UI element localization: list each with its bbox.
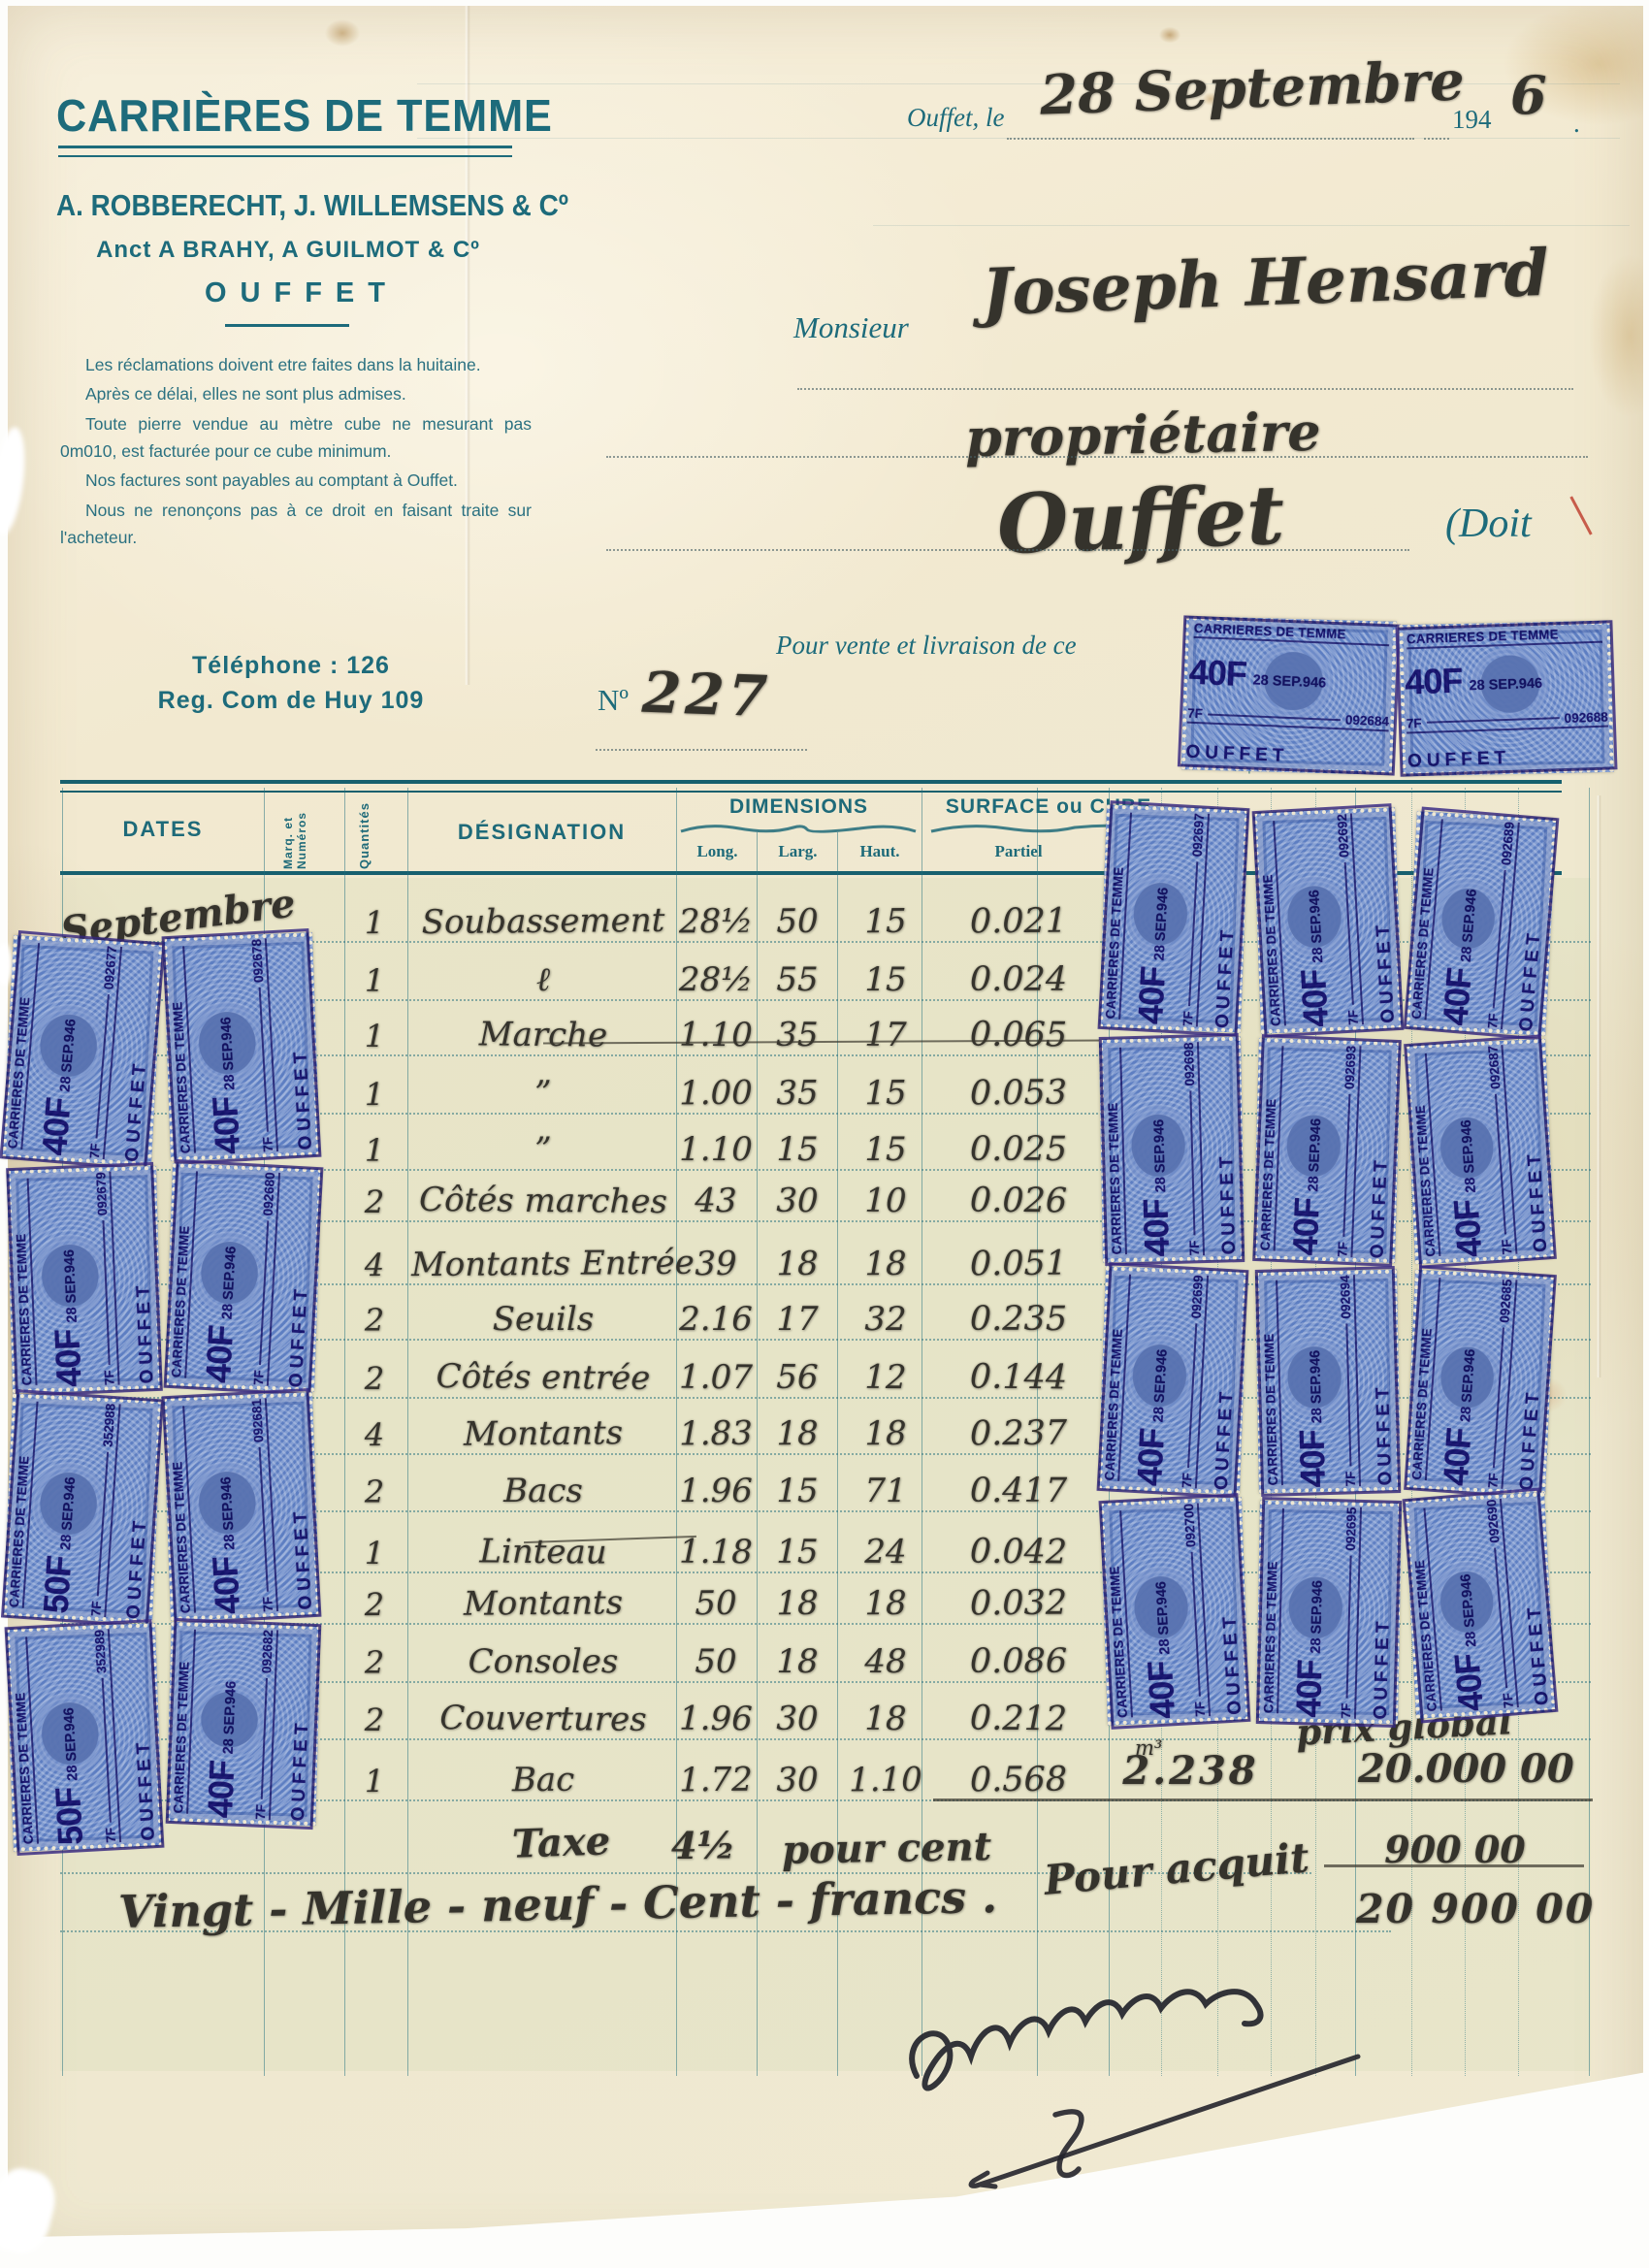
cell-partiel: 0.237 bbox=[933, 1413, 1104, 1454]
cell-partiel: 0.144 bbox=[933, 1357, 1104, 1398]
addressee-dotted-rule bbox=[606, 549, 1409, 551]
stamp-company-title: CARRIERES DE TEMME bbox=[1258, 1046, 1283, 1251]
cell-haut: 18 bbox=[838, 1700, 933, 1739]
stamp-serial-row: 7F092693 bbox=[1336, 1046, 1362, 1258]
stamp-denomination: 40F bbox=[210, 1096, 243, 1155]
cell-haut: 48 bbox=[838, 1642, 933, 1681]
stamp-tax-prefix: 7F bbox=[1180, 1473, 1195, 1489]
stamp-serial-rule bbox=[95, 994, 109, 1139]
letterhead-city: OUFFET bbox=[70, 277, 533, 309]
stamp-serial-number: 092682 bbox=[260, 1630, 276, 1674]
stamp-denomination: 40F bbox=[1141, 1199, 1172, 1257]
revenue-stamp: CARRIERES DE TEMME40F28 SEP.9467F092682O… bbox=[167, 1622, 320, 1826]
stamp-company-title: CARRIERES DE TEMME bbox=[1407, 1508, 1441, 1712]
stamp-denomination: 40F bbox=[40, 1097, 74, 1156]
stamp-city: OUFFET bbox=[285, 936, 316, 1150]
stamp-engraving: CARRIERES DE TEMME40F28 SEP.9467F092687O… bbox=[1406, 1039, 1555, 1264]
cell-designation: Montants bbox=[411, 1583, 675, 1624]
stamp-overprint: CARRIERES DE TEMME40F28 SEP.9467F092680O… bbox=[164, 1159, 324, 1396]
cell-qty: 1 bbox=[341, 1535, 407, 1572]
stamp-serial-number: 092694 bbox=[1338, 1275, 1353, 1318]
stamp-city: OUFFET bbox=[129, 1170, 157, 1384]
stamp-city: OUFFET bbox=[1372, 1507, 1397, 1719]
cell-larg: 15 bbox=[757, 1533, 838, 1572]
total-cube-value: 2.238 bbox=[1115, 1748, 1266, 1794]
stamp-serial-rule bbox=[1188, 861, 1198, 1006]
revenue-stamp: CARRIERES DE TEMME50F28 SEP.9467F352988O… bbox=[6, 1395, 159, 1622]
cell-haut: 15 bbox=[838, 1130, 933, 1169]
stamp-serial-rule bbox=[1187, 1323, 1197, 1468]
col-header-haut: Haut. bbox=[840, 842, 920, 861]
stamp-company-title: CARRIERES DE TEMME bbox=[1406, 626, 1602, 649]
conditions-block: Les réclamations doivent etre faites dan… bbox=[60, 351, 532, 553]
stamp-serial-rule bbox=[1342, 1094, 1350, 1237]
stamp-serial-row: 7F092685 bbox=[1485, 1279, 1517, 1489]
notice-line: Après ce délai, elles ne sont plus admis… bbox=[60, 380, 532, 407]
addressee-city: Ouffet bbox=[995, 467, 1285, 572]
notice-line: Toute pierre vendue au mètre cube ne mes… bbox=[60, 410, 532, 466]
stamp-serial-number: 092693 bbox=[1342, 1046, 1359, 1090]
stamp-denomination: 40F bbox=[1188, 657, 1246, 689]
doit-label: (Doit bbox=[1445, 501, 1532, 547]
dateline-place: Ouffet, le bbox=[907, 103, 1004, 133]
cell-larg: 35 bbox=[757, 1016, 838, 1055]
stamp-serial-row: 7F092694 bbox=[1338, 1275, 1361, 1486]
stamp-serial-number: 092680 bbox=[261, 1172, 277, 1216]
stamp-company-title: CARRIERES DE TEMME bbox=[1194, 621, 1390, 646]
cell-qty: 2 bbox=[341, 1183, 407, 1221]
stamp-date: 28 SEP.946 bbox=[1308, 1118, 1325, 1192]
stamp-serial-number: 092687 bbox=[1485, 1045, 1503, 1089]
stamp-engraving: CARRIERES DE TEMME40F28 SEP.9467F092680O… bbox=[165, 1163, 322, 1391]
stamp-serial-rule bbox=[259, 1447, 269, 1592]
stamp-company-title: CARRIERES DE TEMME bbox=[169, 1171, 197, 1378]
stamp-serial-rule bbox=[102, 1678, 112, 1823]
notice-line: Les réclamations doivent etre faites dan… bbox=[60, 351, 532, 378]
cell-designation: Montants bbox=[411, 1413, 675, 1454]
stamp-denomination: 40F bbox=[206, 1760, 238, 1818]
stamp-tax-prefix: 7F bbox=[1192, 1701, 1208, 1718]
stamp-serial-number: 092679 bbox=[94, 1172, 111, 1216]
stamp-date: 28 SEP.946 bbox=[221, 1017, 241, 1090]
cell-larg: 30 bbox=[757, 1761, 838, 1800]
stamp-city: OUFFET bbox=[1407, 746, 1610, 772]
stamp-tax-prefix: 7F bbox=[1406, 716, 1422, 731]
stamp-serial-rule bbox=[1493, 870, 1506, 1009]
stamp-overprint: CARRIERES DE TEMME40F28 SEP.9467F092679O… bbox=[6, 1162, 163, 1397]
stamp-overprint: CARRIERES DE TEMME40F28 SEP.9467F092690O… bbox=[1403, 1487, 1559, 1723]
stamp-overprint: CARRIERES DE TEMME40F28 SEP.9467F092681O… bbox=[162, 1388, 322, 1625]
stamp-engraving: CARRIERES DE TEMME50F28 SEP.9467F352989O… bbox=[6, 1623, 163, 1851]
cell-qty: 2 bbox=[341, 1474, 407, 1510]
revenue-stamp: CARRIERES DE TEMME40F28 SEP.9467F092699O… bbox=[1100, 1267, 1245, 1494]
stamp-denomination: 40F bbox=[1298, 969, 1331, 1028]
signature bbox=[834, 1960, 1416, 2212]
cell-larg: 55 bbox=[757, 960, 838, 999]
stamp-denomination: 50F bbox=[53, 1787, 86, 1846]
cell-long: 39 bbox=[674, 1245, 758, 1284]
stamp-serial-rule bbox=[1427, 717, 1560, 724]
cell-partiel: 0.568 bbox=[933, 1760, 1104, 1800]
stamp-date: 28 SEP.946 bbox=[60, 1019, 81, 1093]
stamp-serial-row: 7F092690 bbox=[1484, 1499, 1519, 1709]
stamp-denomination: 40F bbox=[1452, 1653, 1486, 1712]
cell-designation: Montants Entrée bbox=[411, 1244, 675, 1284]
stamp-date: 28 SEP.946 bbox=[1153, 1119, 1170, 1193]
cell-partiel: 0.025 bbox=[933, 1130, 1104, 1169]
stamp-engraving: CARRIERES DE TEMME40F28 SEP.9467F092689O… bbox=[1406, 811, 1557, 1035]
cell-haut: 10 bbox=[838, 1182, 933, 1221]
stamp-denomination: 40F bbox=[1293, 1660, 1324, 1718]
cell-long: 50 bbox=[674, 1642, 758, 1681]
stamp-company-title: CARRIERES DE TEMME bbox=[7, 1401, 38, 1608]
revenue-stamp: CARRIERES DE TEMME40F28 SEP.9467F092695O… bbox=[1256, 1500, 1402, 1725]
signature-pencil-mark bbox=[1055, 2112, 1082, 2176]
tax-label: Taxe bbox=[511, 1818, 611, 1867]
cell-qty: 1 bbox=[341, 1076, 407, 1114]
revenue-stamp: CARRIERES DE TEMME40F28 SEP.9467F092679O… bbox=[8, 1166, 161, 1393]
stamp-city: OUFFET bbox=[1516, 1496, 1553, 1706]
revenue-stamp: CARRIERES DE TEMME40F28 SEP.9467F092680O… bbox=[167, 1164, 320, 1391]
stamp-company-title: CARRIERES DE TEMME bbox=[167, 1406, 195, 1613]
stamp-engraving: CARRIERES DE TEMME40F28 SEP.9467F092688O… bbox=[1399, 621, 1613, 777]
stamp-value-row: 40F28 SEP.946 bbox=[1134, 1272, 1176, 1486]
cell-partiel: 0.212 bbox=[933, 1699, 1104, 1739]
stamp-value-row: 40F28 SEP.946 bbox=[1440, 1276, 1485, 1487]
stamp-denomination: 40F bbox=[204, 1325, 237, 1384]
stamp-serial-row: 7F352989 bbox=[92, 1629, 121, 1843]
stamp-date: 28 SEP.946 bbox=[64, 1249, 81, 1323]
stamp-value-row: 40F28 SEP.946 bbox=[202, 1400, 243, 1614]
stamp-value-row: 40F28 SEP.946 bbox=[1289, 815, 1331, 1027]
stamp-tax-prefix: 7F bbox=[261, 1596, 276, 1612]
stamp-city: OUFFET bbox=[1212, 1277, 1244, 1491]
cell-long: 28½ bbox=[674, 960, 758, 999]
cell-larg: 30 bbox=[757, 1182, 838, 1221]
cell-haut: 15 bbox=[838, 960, 933, 999]
revenue-stamp: CARRIERES DE TEMME40F28 SEP.9467F092688O… bbox=[1399, 621, 1614, 776]
stamp-company-title: CARRIERES DE TEMME bbox=[1102, 1274, 1130, 1481]
stamp-engraving: CARRIERES DE TEMME40F28 SEP.9467F092698O… bbox=[1099, 1037, 1245, 1263]
cell-designation: Bacs bbox=[411, 1472, 675, 1510]
bleedthrough-line bbox=[873, 225, 1630, 226]
cell-designation: ℓ bbox=[411, 960, 675, 999]
stamp-overprint: CARRIERES DE TEMME40F28 SEP.9467F092695O… bbox=[1256, 1497, 1402, 1728]
stamp-denomination: 40F bbox=[52, 1329, 84, 1387]
cell-designation: Côtés entrée bbox=[411, 1357, 675, 1398]
title-double-rule bbox=[58, 146, 512, 157]
stamp-overprint: CARRIERES DE TEMME40F28 SEP.9467F092694O… bbox=[1255, 1266, 1401, 1497]
stamp-company-title: CARRIERES DE TEMME bbox=[10, 1636, 38, 1844]
cell-long: 1.18 bbox=[674, 1533, 758, 1572]
number-dotted-rule bbox=[596, 749, 807, 751]
cell-long: 1.10 bbox=[674, 1130, 758, 1169]
stamp-serial-rule bbox=[1208, 713, 1341, 721]
cell-haut: 12 bbox=[838, 1358, 933, 1398]
cell-haut: 17 bbox=[838, 1016, 933, 1055]
revenue-stamp: CARRIERES DE TEMME40F28 SEP.9467F092692O… bbox=[1255, 808, 1401, 1033]
addressee-title: propriétaire bbox=[964, 401, 1321, 469]
stamp-serial-number: 092684 bbox=[1345, 713, 1390, 729]
cell-long: 50 bbox=[674, 1584, 758, 1624]
stamp-overprint: CARRIERES DE TEMME40F28 SEP.9467F092689O… bbox=[1404, 806, 1560, 1040]
stamp-tax-prefix: 7F bbox=[87, 1143, 103, 1159]
stamp-value-row: 40F28 SEP.946 bbox=[202, 940, 243, 1154]
stamp-overprint: CARRIERES DE TEMME40F28 SEP.9467F092700O… bbox=[1099, 1493, 1251, 1730]
col-header-marq: Marq. et Numéros bbox=[281, 790, 308, 869]
stamp-date: 28 SEP.946 bbox=[1309, 890, 1328, 963]
stamp-date: 28 SEP.946 bbox=[223, 1681, 241, 1755]
stamp-serial-rule bbox=[259, 988, 269, 1132]
dimensions-swash bbox=[679, 822, 918, 835]
cell-long: 1.96 bbox=[674, 1700, 758, 1739]
stamp-serial-number: 092690 bbox=[1484, 1499, 1503, 1543]
stamp-value-row: 40F28 SEP.946 bbox=[1405, 661, 1607, 697]
stamp-city: OUFFET bbox=[1213, 815, 1245, 1029]
cell-qty: 4 bbox=[341, 1247, 407, 1284]
cell-qty: 1 bbox=[341, 904, 407, 942]
stamp-tax-prefix: 7F bbox=[1499, 1239, 1514, 1255]
stamp-serial-rule bbox=[97, 1452, 109, 1597]
stamp-serial-rule bbox=[1189, 1090, 1195, 1235]
cell-qty: 2 bbox=[341, 1302, 407, 1339]
stamp-serial-rule bbox=[1345, 1556, 1351, 1699]
stamp-city: OUFFET bbox=[285, 1396, 316, 1610]
cell-long: 28½ bbox=[674, 902, 758, 942]
stamp-value-row: 40F28 SEP.946 bbox=[1439, 1502, 1487, 1713]
stamp-city: OUFFET bbox=[1214, 1041, 1240, 1254]
cell-qty: 1 bbox=[341, 1018, 407, 1055]
cell-haut: 15 bbox=[838, 902, 933, 942]
cell-qty: 1 bbox=[341, 1763, 407, 1800]
stamp-serial-row: 7F092687 bbox=[1485, 1045, 1517, 1255]
cell-larg: 56 bbox=[757, 1358, 838, 1398]
stamp-serial-number: 092678 bbox=[249, 939, 266, 984]
cell-long: 1.83 bbox=[674, 1414, 758, 1454]
cell-long: 1.07 bbox=[674, 1358, 758, 1398]
stamp-denomination: 40F bbox=[1451, 1199, 1485, 1258]
stamp-engraving: CARRIERES DE TEMME40F28 SEP.9467F092700O… bbox=[1100, 1498, 1249, 1726]
stamp-tax-prefix: 7F bbox=[251, 1370, 267, 1386]
stamp-city: OUFFET bbox=[287, 1174, 318, 1388]
cell-designation: Côtés marches bbox=[411, 1181, 675, 1221]
stamp-engraving: CARRIERES DE TEMME40F28 SEP.9467F092681O… bbox=[163, 1392, 320, 1620]
stamp-city: OUFFET bbox=[123, 949, 160, 1163]
sale-line: Pour vente et livraison de ce bbox=[776, 631, 1077, 661]
stamp-tax-prefix: 7F bbox=[1485, 1013, 1501, 1029]
stamp-company-title: CARRIERES DE TEMME bbox=[1260, 1280, 1282, 1486]
stamp-serial-number: 092689 bbox=[1499, 821, 1517, 865]
grand-total-value: 20 900 00 bbox=[1356, 1886, 1550, 1932]
stamp-serial-row: 7F092682 bbox=[253, 1630, 278, 1821]
stamp-value-row: 40F28 SEP.946 bbox=[1136, 1505, 1178, 1719]
stamp-company-title: CARRIERES DE TEMME bbox=[171, 1629, 195, 1814]
letterhead-rule bbox=[225, 324, 349, 327]
addressee-dotted-rule bbox=[797, 388, 1573, 390]
stamp-serial-row: 7F092697 bbox=[1180, 813, 1210, 1027]
cell-haut: 71 bbox=[838, 1472, 933, 1510]
stamp-overprint: CARRIERES DE TEMME50F28 SEP.9467F352988O… bbox=[1, 1389, 164, 1628]
stamp-denomination: 40F bbox=[1134, 1428, 1167, 1487]
stamp-company-title: CARRIERES DE TEMME bbox=[1409, 1277, 1440, 1480]
stamp-tax-prefix: 7F bbox=[1187, 706, 1203, 722]
partners-line: A. ROBBERECHT, J. WILLEMSENS & Cº bbox=[56, 188, 568, 223]
revenue-stamp: CARRIERES DE TEMME40F28 SEP.9467F092678O… bbox=[165, 933, 318, 1160]
cell-qty: 1 bbox=[341, 962, 407, 999]
stamp-value-row: 40F28 SEP.946 bbox=[1293, 1506, 1329, 1718]
cell-qty: 2 bbox=[341, 1360, 407, 1398]
stamp-overprint: CARRIERES DE TEMME50F28 SEP.9467F352989O… bbox=[5, 1619, 165, 1856]
stamp-value-row: 50F28 SEP.946 bbox=[45, 1631, 86, 1845]
revenue-stamp: CARRIERES DE TEMME40F28 SEP.9467F092693O… bbox=[1254, 1038, 1400, 1263]
registry-line: Reg. Com de Huy 109 bbox=[97, 687, 485, 715]
dateline-year-handwritten: 6 bbox=[1510, 64, 1547, 126]
stamp-serial-number: 092695 bbox=[1343, 1507, 1359, 1550]
cell-long: 43 bbox=[674, 1182, 758, 1221]
stamp-date: 28 SEP.946 bbox=[1309, 1350, 1326, 1424]
stamp-tax-prefix: 7F bbox=[1500, 1693, 1515, 1709]
stamp-denomination: 40F bbox=[1440, 1428, 1474, 1487]
stamp-denomination: 40F bbox=[1297, 1430, 1328, 1488]
cell-larg: 50 bbox=[757, 902, 838, 942]
stamp-value-row: 40F28 SEP.946 bbox=[206, 1628, 243, 1819]
stamp-city: OUFFET bbox=[128, 1627, 159, 1841]
stamp-engraving: CARRIERES DE TEMME50F28 SEP.9467F352988O… bbox=[3, 1394, 162, 1623]
stamp-value-row: 40F28 SEP.946 bbox=[1440, 818, 1487, 1027]
stamp-date: 28 SEP.946 bbox=[1155, 1581, 1175, 1655]
stamp-overprint: CARRIERES DE TEMME40F28 SEP.9467F092688O… bbox=[1395, 620, 1617, 776]
tax-amount: 900 00 bbox=[1368, 1828, 1542, 1871]
stamp-date: 28 SEP.946 bbox=[64, 1707, 83, 1781]
cell-designation: Couvertures bbox=[411, 1699, 675, 1739]
cell-larg: 18 bbox=[757, 1245, 838, 1284]
stamp-date: 28 SEP.946 bbox=[1461, 889, 1482, 963]
company-name: CARRIÈRES DE TEMME bbox=[56, 89, 553, 142]
stamp-engraving: CARRIERES DE TEMME40F28 SEP.9467F092692O… bbox=[1253, 808, 1403, 1034]
stamp-denomination: 40F bbox=[210, 1556, 243, 1615]
cell-partiel: 0.235 bbox=[933, 1300, 1104, 1339]
stamp-city: OUFFET bbox=[1371, 1274, 1396, 1485]
stamp-company-title: CARRIERES DE TEMME bbox=[167, 946, 195, 1153]
stamp-value-row: 50F28 SEP.946 bbox=[42, 1400, 86, 1615]
dateline-dotted-rule bbox=[1007, 138, 1414, 140]
cell-haut: 18 bbox=[838, 1584, 933, 1624]
stamp-engraving: CARRIERES DE TEMME40F28 SEP.9467F092699O… bbox=[1098, 1267, 1247, 1495]
stamp-engraving: CARRIERES DE TEMME40F28 SEP.9467F092693O… bbox=[1253, 1038, 1401, 1263]
cell-designation: ” bbox=[411, 1073, 675, 1114]
cell-partiel: 0.024 bbox=[933, 960, 1104, 999]
cell-long: 1.00 bbox=[674, 1074, 758, 1114]
stamp-engraving: CARRIERES DE TEMME40F28 SEP.9467F092695O… bbox=[1256, 1501, 1402, 1725]
stamp-date: 28 SEP.946 bbox=[1310, 1580, 1327, 1654]
stamp-serial-row: 7F092684 bbox=[1187, 706, 1390, 732]
stamp-value-row: 40F28 SEP.946 bbox=[204, 1169, 245, 1383]
stamp-tax-prefix: 7F bbox=[104, 1827, 119, 1843]
cell-larg: 17 bbox=[757, 1300, 838, 1339]
stamp-tax-prefix: 7F bbox=[1180, 1011, 1196, 1027]
stamp-serial-rule bbox=[1493, 1328, 1504, 1469]
stamp-serial-row: 7F092679 bbox=[94, 1172, 120, 1386]
stamp-serial-rule bbox=[261, 1678, 268, 1799]
stamp-denomination: 40F bbox=[1405, 665, 1463, 697]
scanned-invoice: CARRIÈRES DE TEMME A. ROBBERECHT, J. WIL… bbox=[0, 0, 1649, 2268]
total-underline bbox=[933, 1798, 1593, 1801]
cell-long: 2.16 bbox=[674, 1300, 758, 1339]
stamp-denomination: 40F bbox=[1440, 967, 1474, 1026]
stamp-tax-prefix: 7F bbox=[1339, 1703, 1353, 1719]
stamp-date: 28 SEP.946 bbox=[1152, 1348, 1172, 1422]
stamp-value-row: 40F28 SEP.946 bbox=[1440, 1047, 1485, 1258]
cell-designation: Soubassement bbox=[411, 901, 675, 942]
stamp-serial-number: 092698 bbox=[1181, 1042, 1197, 1085]
stamp-value-row: 40F28 SEP.946 bbox=[1188, 657, 1391, 695]
stamp-city: OUFFET bbox=[1368, 811, 1399, 1023]
total-price-value: 20.000 00 bbox=[1358, 1746, 1552, 1792]
col-header-dates: DATES bbox=[62, 817, 264, 842]
stamp-city: OUFFET bbox=[1214, 1501, 1245, 1715]
stamp-serial-row: 7F092678 bbox=[249, 938, 278, 1152]
stamp-value-row: 40F28 SEP.946 bbox=[40, 941, 87, 1156]
stamp-engraving: CARRIERES DE TEMME40F28 SEP.9467F092685O… bbox=[1406, 1270, 1555, 1495]
invoice-number-label: Nº bbox=[598, 683, 629, 718]
stamp-serial-row: 7F092698 bbox=[1181, 1042, 1205, 1255]
addressee-salutation: Monsieur bbox=[793, 310, 909, 345]
revenue-stamp: CARRIERES DE TEMME40F28 SEP.9467F092694O… bbox=[1255, 1269, 1401, 1494]
stamp-company-title: CARRIERES DE TEMME bbox=[1104, 1510, 1132, 1718]
stamp-serial-number: 092699 bbox=[1189, 1275, 1206, 1319]
tax-rate: 4½ bbox=[671, 1824, 735, 1867]
stamp-city: OUFFET bbox=[1185, 743, 1388, 771]
stamp-value-row: 40F28 SEP.946 bbox=[47, 1173, 85, 1387]
stamp-serial-number: 092681 bbox=[249, 1399, 266, 1443]
notice-line: Nos factures sont payables au comptant à… bbox=[60, 467, 532, 494]
cell-designation: Marche bbox=[411, 1015, 675, 1055]
stamp-date: 28 SEP.946 bbox=[1461, 1119, 1481, 1193]
stamp-serial-number: 092685 bbox=[1497, 1279, 1514, 1323]
cell-qty: 2 bbox=[341, 1701, 407, 1739]
stamp-serial-rule bbox=[1494, 1547, 1507, 1688]
col-header-dimensions: DIMENSIONS bbox=[676, 795, 921, 819]
stamp-engraving: CARRIERES DE TEMME40F28 SEP.9467F092690O… bbox=[1405, 1492, 1556, 1718]
stamp-serial-rule bbox=[259, 1220, 269, 1365]
col-header-larg: Larg. bbox=[759, 842, 837, 861]
cell-partiel: 0.051 bbox=[933, 1244, 1104, 1284]
formerly-line: Anct A BRAHY, A GUILMOT & Cº bbox=[56, 237, 520, 264]
stamp-serial-number: 352988 bbox=[101, 1403, 118, 1447]
notice-line: Nous ne renonçons pas à ce droit en fais… bbox=[60, 497, 532, 552]
stamp-tax-prefix: 7F bbox=[1336, 1242, 1351, 1257]
revenue-stamp: CARRIERES DE TEMME40F28 SEP.9467F092681O… bbox=[165, 1393, 318, 1620]
stamp-overprint: CARRIERES DE TEMME40F28 SEP.9467F092693O… bbox=[1252, 1034, 1402, 1267]
cell-designation: ” bbox=[411, 1130, 675, 1169]
cell-partiel: 0.021 bbox=[933, 901, 1104, 942]
dateline-dotted-rule bbox=[1424, 138, 1449, 140]
stamp-overprint: CARRIERES DE TEMME40F28 SEP.9467F092687O… bbox=[1404, 1034, 1557, 1268]
dateline-year-printed: 194 bbox=[1452, 105, 1492, 135]
stamp-overprint: CARRIERES DE TEMME40F28 SEP.9467F092699O… bbox=[1097, 1262, 1249, 1499]
stamp-tax-prefix: 7F bbox=[253, 1804, 269, 1820]
stamp-serial-row: 7F352988 bbox=[89, 1403, 121, 1617]
stamp-serial-row: 7F092699 bbox=[1180, 1275, 1209, 1489]
stamp-company-title: CARRIERES DE TEMME bbox=[1257, 821, 1285, 1026]
stamp-tax-prefix: 7F bbox=[1343, 1471, 1358, 1486]
addressee-dotted-rule bbox=[606, 456, 1588, 458]
revenue-stamp: CARRIERES DE TEMME40F28 SEP.9467F092684O… bbox=[1181, 617, 1397, 774]
stamp-overprint: CARRIERES DE TEMME40F28 SEP.9467F092682O… bbox=[166, 1618, 322, 1830]
cell-qty: 1 bbox=[341, 1132, 407, 1169]
stamp-value-row: 40F28 SEP.946 bbox=[1136, 1043, 1172, 1257]
cell-partiel: 0.065 bbox=[933, 1015, 1104, 1055]
